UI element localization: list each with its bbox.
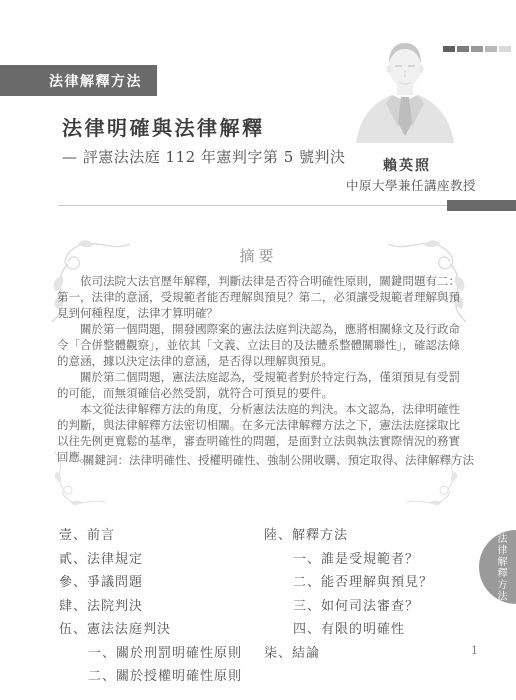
toc-item: 陸、解釋方法 (264, 524, 469, 548)
category-label-text: 法律解釋方法 (49, 71, 142, 91)
toc-item: 參、爭議問題 (59, 571, 264, 595)
toc-item: 二、關於授權明確性原則 (59, 665, 264, 689)
article-subtitle: — 評憲法法庭 112 年憲判字第 5 號判決 (62, 146, 346, 167)
toc-column-left: 壹、前言 貳、法律規定 參、爭議問題 肆、法院判決 伍、憲法法庭判決 一、關於刑… (59, 524, 264, 689)
abstract-heading: 摘要 (57, 245, 460, 266)
category-label: 法律解釋方法 (0, 65, 157, 96)
toc-item: 伍、憲法法庭判決 (59, 618, 264, 642)
author-photo (348, 33, 462, 143)
side-tab-label: 法律解釋方法 (493, 533, 508, 602)
toc-item: 肆、法院判決 (59, 595, 264, 619)
header-divider-line (58, 205, 447, 206)
abstract-paragraph: 依司法院大法官歷年解釋，判斷法律是否符合明確性原則，關鍵問題有二：第一，法律的意… (57, 273, 460, 321)
toc-item: 柒、結論 (264, 642, 469, 666)
toc-item: 貳、法律規定 (59, 548, 264, 572)
keywords-line: 關鍵詞：法律明確性、授權明確性、強制公開收購、預定取得、法律解釋方法 (83, 452, 463, 468)
toc-item: 三、如何司法審查？ (264, 595, 469, 619)
toc-item: 四、有限的明確性 (264, 618, 469, 642)
section-side-tab: 法律解釋方法 (479, 530, 516, 604)
abstract-body: 依司法院大法官歷年解釋，判斷法律是否符合明確性原則，關鍵問題有二：第一，法律的意… (57, 273, 460, 465)
article-title: 法律明確與法律解釋 (62, 112, 265, 141)
author-name: 賴英照 (352, 155, 462, 175)
header-divider-bar (447, 200, 516, 211)
abstract-paragraph: 關於第一個問題，開發國際案的憲法法庭判決認為，應將相關條文及行政命令「合併整體觀… (57, 321, 460, 369)
toc-item: 一、誰是受規範者？ (264, 548, 469, 572)
page-number: 1 (471, 644, 478, 657)
deco-square (485, 46, 497, 52)
toc-item: 二、能否理解與預見？ (264, 571, 469, 595)
abstract-paragraph: 關於第二個問題，憲法法庭認為，受規範者對於特定行為，僅須預見有受罰的可能，而無須… (57, 369, 460, 401)
toc-item: 一、關於刑罰明確性原則 (59, 642, 264, 666)
document-page: 法律解釋方法 法律明確與法律解釋 — 評憲法法庭 112 年憲判字第 5 號判決… (0, 0, 516, 700)
author-affiliation: 中原大學兼任講座教授 (346, 176, 464, 194)
toc-item: 壹、前言 (59, 524, 264, 548)
toc-column-right: 陸、解釋方法 一、誰是受規範者？ 二、能否理解與預見？ 三、如何司法審查？ 四、… (264, 524, 469, 689)
deco-square (499, 46, 511, 52)
deco-square (471, 46, 483, 52)
table-of-contents: 壹、前言 貳、法律規定 參、爭議問題 肆、法院判決 伍、憲法法庭判決 一、關於刑… (59, 524, 469, 689)
